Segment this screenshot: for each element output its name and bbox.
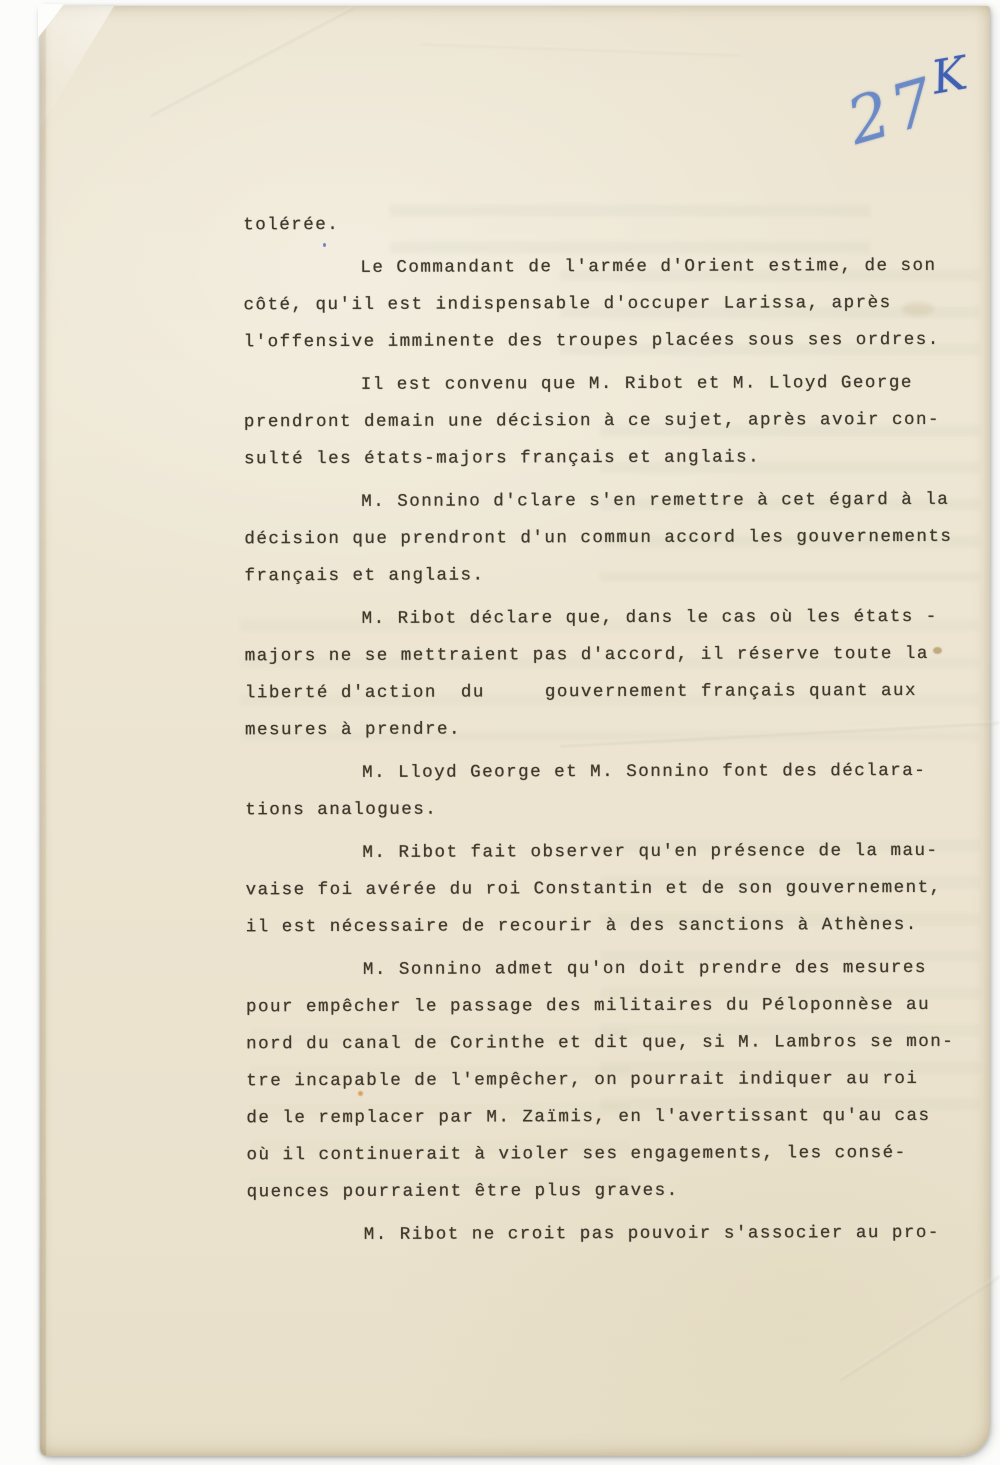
- handwritten-page-number: 27: [841, 69, 945, 155]
- typed-line: mesures à prendre.: [245, 710, 985, 750]
- typed-line: sulté les états-majors français et angla…: [244, 439, 984, 479]
- typed-line: Le Commandant de l'armée d'Orient estime…: [243, 248, 983, 288]
- paper-crease: [420, 42, 740, 56]
- typed-line: M. Ribot déclare que, dans le cas où les…: [245, 599, 985, 639]
- typed-line: il est nécessaire de recourir à des sanc…: [246, 907, 986, 947]
- handwritten-paraph-mark: K: [928, 49, 970, 100]
- typed-line: nord du canal de Corinthe et dit que, si…: [246, 1024, 986, 1064]
- typed-line: M. Ribot fait observer qu'en présence de…: [245, 833, 985, 873]
- typed-line: côté, qu'il est indispensable d'occuper …: [243, 285, 983, 325]
- document-page: 27 K tolérée.Le Commandant de l'armée d'…: [40, 6, 990, 1456]
- typed-paragraph: M. Ribot ne croit pas pouvoir s'associer…: [247, 1215, 987, 1255]
- typed-paragraph: Il est convenu que M. Ribot et M. Lloyd …: [244, 365, 984, 479]
- paper-corner-fold: [40, 6, 114, 128]
- typed-text-block: tolérée.Le Commandant de l'armée d'Orien…: [243, 205, 987, 1261]
- typed-line: quences pourraient être plus graves.: [247, 1172, 987, 1212]
- typed-line: où il continuerait à violer ses engageme…: [246, 1135, 986, 1175]
- typed-line: français et anglais.: [244, 556, 984, 596]
- typed-line: tre incapable de l'empêcher, on pourrait…: [246, 1061, 986, 1101]
- typed-line: tions analogues.: [245, 790, 985, 830]
- typed-line: vaise foi avérée du roi Constantin et de…: [245, 870, 985, 910]
- typed-paragraph: M. Sonnino d'clare s'en remettre à cet é…: [244, 482, 984, 596]
- typed-line: Il est convenu que M. Ribot et M. Lloyd …: [244, 365, 984, 405]
- typed-paragraph: Le Commandant de l'armée d'Orient estime…: [243, 248, 983, 362]
- paper-crease: [149, 6, 353, 117]
- typed-line: M. Sonnino d'clare s'en remettre à cet é…: [244, 482, 984, 522]
- typed-paragraph: tolérée.: [243, 205, 983, 245]
- typed-line: décision que prendront d'un commun accor…: [244, 519, 984, 559]
- typed-line: l'offensive imminente des troupes placée…: [244, 322, 984, 362]
- typed-line: tolérée.: [243, 205, 983, 245]
- typed-line: de le remplacer par M. Zaïmis, en l'aver…: [246, 1098, 986, 1138]
- typed-line: M. Ribot ne croit pas pouvoir s'associer…: [247, 1215, 987, 1255]
- typed-paragraph: M. Sonnino admet qu'on doit prendre des …: [246, 950, 987, 1212]
- typed-paragraph: M. Ribot fait observer qu'en présence de…: [245, 833, 985, 947]
- typed-line: M. Sonnino admet qu'on doit prendre des …: [246, 950, 986, 990]
- typed-line: pour empêcher le passage des militaires …: [246, 987, 986, 1027]
- typed-line: prendront demain une décision à ce sujet…: [244, 402, 984, 442]
- scan-surface: { "document": { "kind": "typewritten-sca…: [0, 0, 1000, 1465]
- typed-paragraph: M. Ribot déclare que, dans le cas où les…: [245, 599, 986, 750]
- paper-crease: [839, 1275, 1000, 1381]
- typed-line: liberté d'action du gouvernement françai…: [245, 673, 985, 713]
- typed-line: M. Lloyd George et M. Sonnino font des d…: [245, 753, 985, 793]
- typed-line: majors ne se mettraient pas d'accord, il…: [245, 636, 985, 676]
- typed-paragraph: M. Lloyd George et M. Sonnino font des d…: [245, 753, 985, 830]
- paper-left-edge: [40, 6, 46, 1456]
